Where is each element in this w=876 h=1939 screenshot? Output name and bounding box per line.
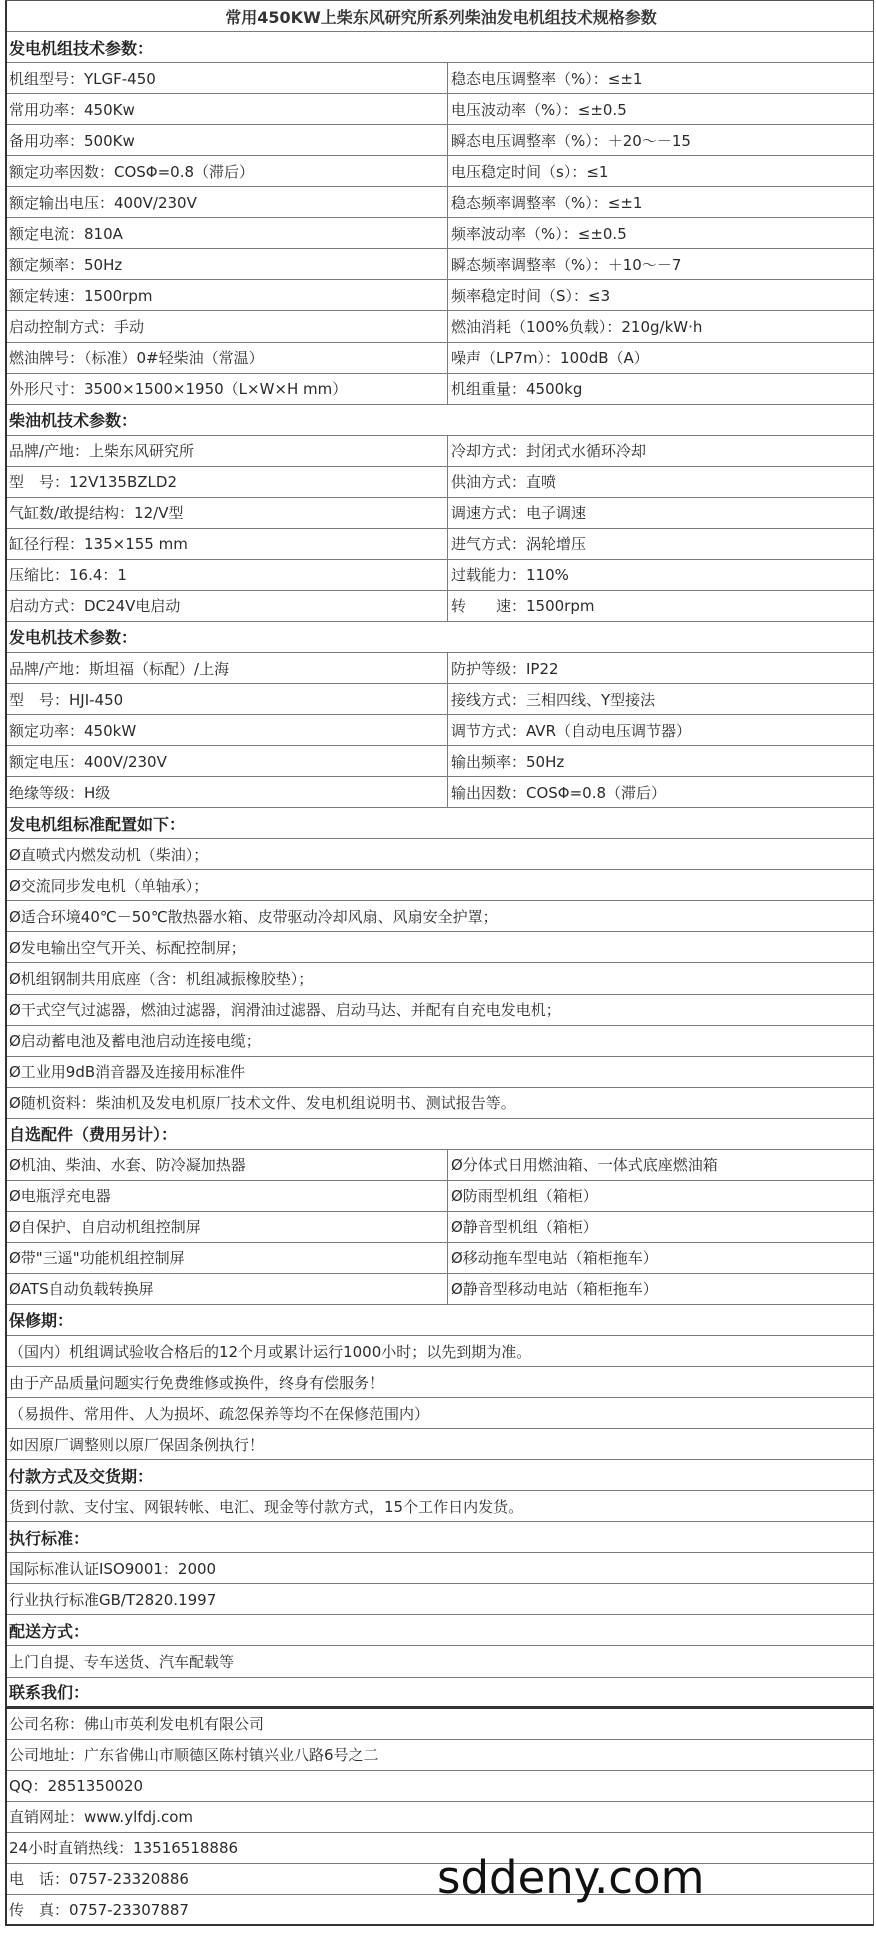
section-header-standards: 执行标准： <box>7 1522 873 1553</box>
table-row: 型 号：HJI-450接线方式：三相四线、Y型接法 <box>7 684 873 715</box>
section-header-standard-config: 发电机组标准配置如下： <box>7 808 873 839</box>
option-cell: ØATS自动负载转换屏 <box>7 1274 447 1304</box>
spec-cell: 电压稳定时间（s）：≤1 <box>447 156 873 186</box>
spec-cell: 噪声（LP7m）：100dB（A） <box>447 343 873 373</box>
table-row: 备用功率：500Kw瞬态电压调整率（%）：＋20～－15 <box>7 125 873 156</box>
contact-text: 公司名称：佛山市英利发电机有限公司 <box>7 1709 873 1739</box>
list-item: （国内）机组调试验收合格后的12个月或累计运行1000小时；以先到期为准。 <box>7 1336 873 1367</box>
config-item: Ø直喷式内燃发动机（柴油）； <box>7 839 873 869</box>
list-item: 如因原厂调整则以原厂保固条例执行！ <box>7 1429 873 1460</box>
contact-text: 直销网址：www.ylfdj.com <box>7 1802 873 1832</box>
list-item: Ø随机资料：柴油机及发电机原厂技术文件、发电机组说明书、测试报告等。 <box>7 1088 873 1119</box>
standard-text: 国际标准认证ISO9001：2000 <box>7 1553 873 1583</box>
spec-cell: 品牌/产地：上柴东风研究所 <box>7 436 447 466</box>
config-item: Ø适合环境40℃－50℃散热器水箱、皮带驱动冷却风扇、风扇安全护罩； <box>7 901 873 931</box>
section-title: 付款方式及交货期： <box>7 1460 873 1490</box>
list-item: Ø发电输出空气开关、标配控制屏； <box>7 932 873 963</box>
contact-company: 公司名称：佛山市英利发电机有限公司 <box>7 1709 873 1740</box>
spec-cell: 稳态频率调整率（%）：≤±1 <box>447 187 873 217</box>
config-item: Ø工业用9dB消音器及连接用标准件 <box>7 1057 873 1087</box>
spec-cell: 缸径行程：135×155 mm <box>7 529 447 559</box>
spec-cell: 供油方式：直喷 <box>447 467 873 497</box>
warranty-text: 由于产品质量问题实行免费维修或换件，终身有偿服务！ <box>7 1367 873 1397</box>
title-row: 常用450KW上柴东风研究所系列柴油发电机组技术规格参数 <box>7 1 873 32</box>
table-row: 启动控制方式：手动燃油消耗（100%负载）：210g/kW·h <box>7 311 873 342</box>
option-cell: Ø移动拖车型电站（箱柜拖车） <box>447 1243 873 1273</box>
option-cell: Ø电瓶浮充电器 <box>7 1181 447 1211</box>
spec-cell: 进气方式：涡轮增压 <box>447 529 873 559</box>
spec-cell: 输出因数：COSΦ=0.8（滞后） <box>447 777 873 807</box>
delivery-text: 上门自提、专车送货、汽车配载等 <box>7 1646 873 1676</box>
section-title: 发电机技术参数： <box>7 622 873 652</box>
spec-cell: 输出频率：50Hz <box>447 746 873 776</box>
table-row: Ø机油、柴油、水套、防冷凝加热器Ø分体式日用燃油箱、一体式底座燃油箱 <box>7 1150 873 1181</box>
spec-cell: 机组型号：YLGF-450 <box>7 63 447 93</box>
spec-cell: 型 号：12V135BZLD2 <box>7 467 447 497</box>
table-row: 额定电流：810A频率波动率（%）：≤±0.5 <box>7 218 873 249</box>
config-item: Ø发电输出空气开关、标配控制屏； <box>7 932 873 962</box>
spec-cell: 调速方式：电子调速 <box>447 498 873 528</box>
spec-cell: 额定转速：1500rpm <box>7 280 447 310</box>
section-title: 执行标准： <box>7 1522 873 1552</box>
option-cell: Ø分体式日用燃油箱、一体式底座燃油箱 <box>447 1150 873 1180</box>
spec-cell: 额定功率：450kW <box>7 715 447 745</box>
spec-cell: 气缸数/敢提结构：12/V型 <box>7 498 447 528</box>
section-header-optional: 自选配件（费用另计）： <box>7 1119 873 1150</box>
spec-cell: 外形尺寸：3500×1500×1950（L×W×H mm） <box>7 374 447 404</box>
contact-website: 直销网址：www.ylfdj.com <box>7 1802 873 1833</box>
spec-cell: 额定频率：50Hz <box>7 249 447 279</box>
payment-text: 货到付款、支付宝、网银转帐、电汇、现金等付款方式，15个工作日内发货。 <box>7 1491 873 1521</box>
spec-sheet-table: 常用450KW上柴东风研究所系列柴油发电机组技术规格参数 发电机组技术参数： 机… <box>5 0 874 1926</box>
warranty-text: （易损件、常用件、人为损坏、疏忽保养等均不在保修范围内） <box>7 1398 873 1428</box>
config-item: Ø干式空气过滤器，燃油过滤器，润滑油过滤器、启动马达、并配有自充电发电机； <box>7 995 873 1025</box>
option-cell: Ø防雨型机组（箱柜） <box>447 1181 873 1211</box>
spec-cell: 备用功率：500Kw <box>7 125 447 155</box>
list-item: Ø工业用9dB消音器及连接用标准件 <box>7 1057 873 1088</box>
section-header-payment: 付款方式及交货期： <box>7 1460 873 1491</box>
list-item: 行业执行标准GB/T2820.1997 <box>7 1584 873 1615</box>
list-item: Ø直喷式内燃发动机（柴油）； <box>7 839 873 870</box>
spec-cell: 品牌/产地：斯坦福（标配）/上海 <box>7 653 447 683</box>
list-item: 上门自提、专车送货、汽车配载等 <box>7 1646 873 1677</box>
option-cell: Ø机油、柴油、水套、防冷凝加热器 <box>7 1150 447 1180</box>
option-cell: Ø自保护、自启动机组控制屏 <box>7 1212 447 1242</box>
spec-cell: 转 速：1500rpm <box>447 591 873 621</box>
spec-cell: 频率稳定时间（S）：≤3 <box>447 280 873 310</box>
list-item: Ø适合环境40℃－50℃散热器水箱、皮带驱动冷却风扇、风扇安全护罩； <box>7 901 873 932</box>
spec-cell: 瞬态频率调整率（%）：＋10～－7 <box>447 249 873 279</box>
config-item: Ø机组钢制共用底座（含：机组减振橡胶垫）； <box>7 963 873 993</box>
spec-cell: 瞬态电压调整率（%）：＋20～－15 <box>447 125 873 155</box>
table-row: 压缩比：16.4：1过载能力：110% <box>7 560 873 591</box>
table-row: 品牌/产地：斯坦福（标配）/上海防护等级：IP22 <box>7 653 873 684</box>
table-row: 额定功率因数：COSΦ=0.8（滞后）电压稳定时间（s）：≤1 <box>7 156 873 187</box>
spec-cell: 调节方式：AVR（自动电压调节器） <box>447 715 873 745</box>
spec-cell: 接线方式：三相四线、Y型接法 <box>447 684 873 714</box>
section-title: 发电机组技术参数： <box>7 32 873 62</box>
option-cell: Ø静音型机组（箱柜） <box>447 1212 873 1242</box>
table-row: Ø自保护、自启动机组控制屏Ø静音型机组（箱柜） <box>7 1212 873 1243</box>
option-cell: Ø带"三遥"功能机组控制屏 <box>7 1243 447 1273</box>
list-item: （易损件、常用件、人为损坏、疏忽保养等均不在保修范围内） <box>7 1398 873 1429</box>
list-item: 国际标准认证ISO9001：2000 <box>7 1553 873 1584</box>
table-row: 绝缘等级：H级输出因数：COSΦ=0.8（滞后） <box>7 777 873 808</box>
section-title: 自选配件（费用另计）： <box>7 1119 873 1149</box>
spec-cell: 启动控制方式：手动 <box>7 311 447 341</box>
page-title: 常用450KW上柴东风研究所系列柴油发电机组技术规格参数 <box>7 1 873 31</box>
table-row: 型 号：12V135BZLD2供油方式：直喷 <box>7 467 873 498</box>
standard-text: 行业执行标准GB/T2820.1997 <box>7 1584 873 1614</box>
table-row: 额定功率：450kW调节方式：AVR（自动电压调节器） <box>7 715 873 746</box>
list-item: 货到付款、支付宝、网银转帐、电汇、现金等付款方式，15个工作日内发货。 <box>7 1491 873 1522</box>
section-title: 发电机组标准配置如下： <box>7 808 873 838</box>
warranty-text: 如因原厂调整则以原厂保固条例执行！ <box>7 1429 873 1459</box>
spec-cell: 防护等级：IP22 <box>447 653 873 683</box>
list-item: Ø启动蓄电池及蓄电池启动连接电缆； <box>7 1026 873 1057</box>
spec-cell: 额定电压：400V/230V <box>7 746 447 776</box>
spec-cell: 稳态电压调整率（%）：≤±1 <box>447 63 873 93</box>
table-row: Ø电瓶浮充电器Ø防雨型机组（箱柜） <box>7 1181 873 1212</box>
contact-text: 公司地址：广东省佛山市顺德区陈村镇兴业八路6号之二 <box>7 1740 873 1770</box>
config-item: Ø随机资料：柴油机及发电机原厂技术文件、发电机组说明书、测试报告等。 <box>7 1088 873 1118</box>
spec-cell: 型 号：HJI-450 <box>7 684 447 714</box>
section-header-contact: 联系我们： <box>7 1678 873 1709</box>
table-row: 机组型号：YLGF-450稳态电压调整率（%）：≤±1 <box>7 63 873 94</box>
spec-cell: 常用功率：450Kw <box>7 94 447 124</box>
config-item: Ø交流同步发电机（单轴承）； <box>7 870 873 900</box>
table-row: 常用功率：450Kw电压波动率（%）：≤±0.5 <box>7 94 873 125</box>
contact-address: 公司地址：广东省佛山市顺德区陈村镇兴业八路6号之二 <box>7 1740 873 1771</box>
spec-cell: 机组重量：4500kg <box>447 374 873 404</box>
table-row: 额定输出电压：400V/230V稳态频率调整率（%）：≤±1 <box>7 187 873 218</box>
table-row: 额定转速：1500rpm频率稳定时间（S）：≤3 <box>7 280 873 311</box>
warranty-text: （国内）机组调试验收合格后的12个月或累计运行1000小时；以先到期为准。 <box>7 1336 873 1366</box>
spec-cell: 压缩比：16.4：1 <box>7 560 447 590</box>
section-header-warranty: 保修期： <box>7 1305 873 1336</box>
section-header-alternator: 发电机技术参数： <box>7 622 873 653</box>
table-row: 燃油牌号：（标准）0#轻柴油（常温）噪声（LP7m）：100dB（A） <box>7 343 873 374</box>
table-row: ØATS自动负载转换屏Ø静音型移动电站（箱柜拖车） <box>7 1274 873 1305</box>
section-title: 配送方式： <box>7 1615 873 1645</box>
spec-cell: 燃油牌号：（标准）0#轻柴油（常温） <box>7 343 447 373</box>
spec-cell: 启动方式：DC24V电启动 <box>7 591 447 621</box>
table-row: 启动方式：DC24V电启动转 速：1500rpm <box>7 591 873 622</box>
section-header-genset: 发电机组技术参数： <box>7 32 873 63</box>
spec-cell: 冷却方式：封闭式水循环冷却 <box>447 436 873 466</box>
section-title: 保修期： <box>7 1305 873 1335</box>
config-item: Ø启动蓄电池及蓄电池启动连接电缆； <box>7 1026 873 1056</box>
table-row: 缸径行程：135×155 mm进气方式：涡轮增压 <box>7 529 873 560</box>
list-item: Ø机组钢制共用底座（含：机组减振橡胶垫）； <box>7 963 873 994</box>
spec-cell: 燃油消耗（100%负载）：210g/kW·h <box>447 311 873 341</box>
section-title: 柴油机技术参数： <box>7 405 873 435</box>
section-header-delivery: 配送方式： <box>7 1615 873 1646</box>
spec-cell: 额定电流：810A <box>7 218 447 248</box>
table-row: 气缸数/敢提结构：12/V型调速方式：电子调速 <box>7 498 873 529</box>
table-row: Ø带"三遥"功能机组控制屏Ø移动拖车型电站（箱柜拖车） <box>7 1243 873 1274</box>
spec-cell: 绝缘等级：H级 <box>7 777 447 807</box>
table-row: 额定电压：400V/230V输出频率：50Hz <box>7 746 873 777</box>
spec-cell: 电压波动率（%）：≤±0.5 <box>447 94 873 124</box>
spec-cell: 额定输出电压：400V/230V <box>7 187 447 217</box>
watermark-text: sddeny.com <box>437 1855 704 1900</box>
section-header-engine: 柴油机技术参数： <box>7 405 873 436</box>
option-cell: Ø静音型移动电站（箱柜拖车） <box>447 1274 873 1304</box>
spec-cell: 频率波动率（%）：≤±0.5 <box>447 218 873 248</box>
table-row: 外形尺寸：3500×1500×1950（L×W×H mm）机组重量：4500kg <box>7 374 873 405</box>
contact-qq: QQ：2851350020 <box>7 1771 873 1802</box>
table-row: 额定频率：50Hz瞬态频率调整率（%）：＋10～－7 <box>7 249 873 280</box>
contact-text: QQ：2851350020 <box>7 1771 873 1801</box>
section-title: 联系我们： <box>7 1678 873 1706</box>
spec-cell: 额定功率因数：COSΦ=0.8（滞后） <box>7 156 447 186</box>
list-item: 由于产品质量问题实行免费维修或换件，终身有偿服务！ <box>7 1367 873 1398</box>
list-item: Ø干式空气过滤器，燃油过滤器，润滑油过滤器、启动马达、并配有自充电发电机； <box>7 995 873 1026</box>
table-row: 品牌/产地：上柴东风研究所冷却方式：封闭式水循环冷却 <box>7 436 873 467</box>
spec-cell: 过载能力：110% <box>447 560 873 590</box>
list-item: Ø交流同步发电机（单轴承）； <box>7 870 873 901</box>
